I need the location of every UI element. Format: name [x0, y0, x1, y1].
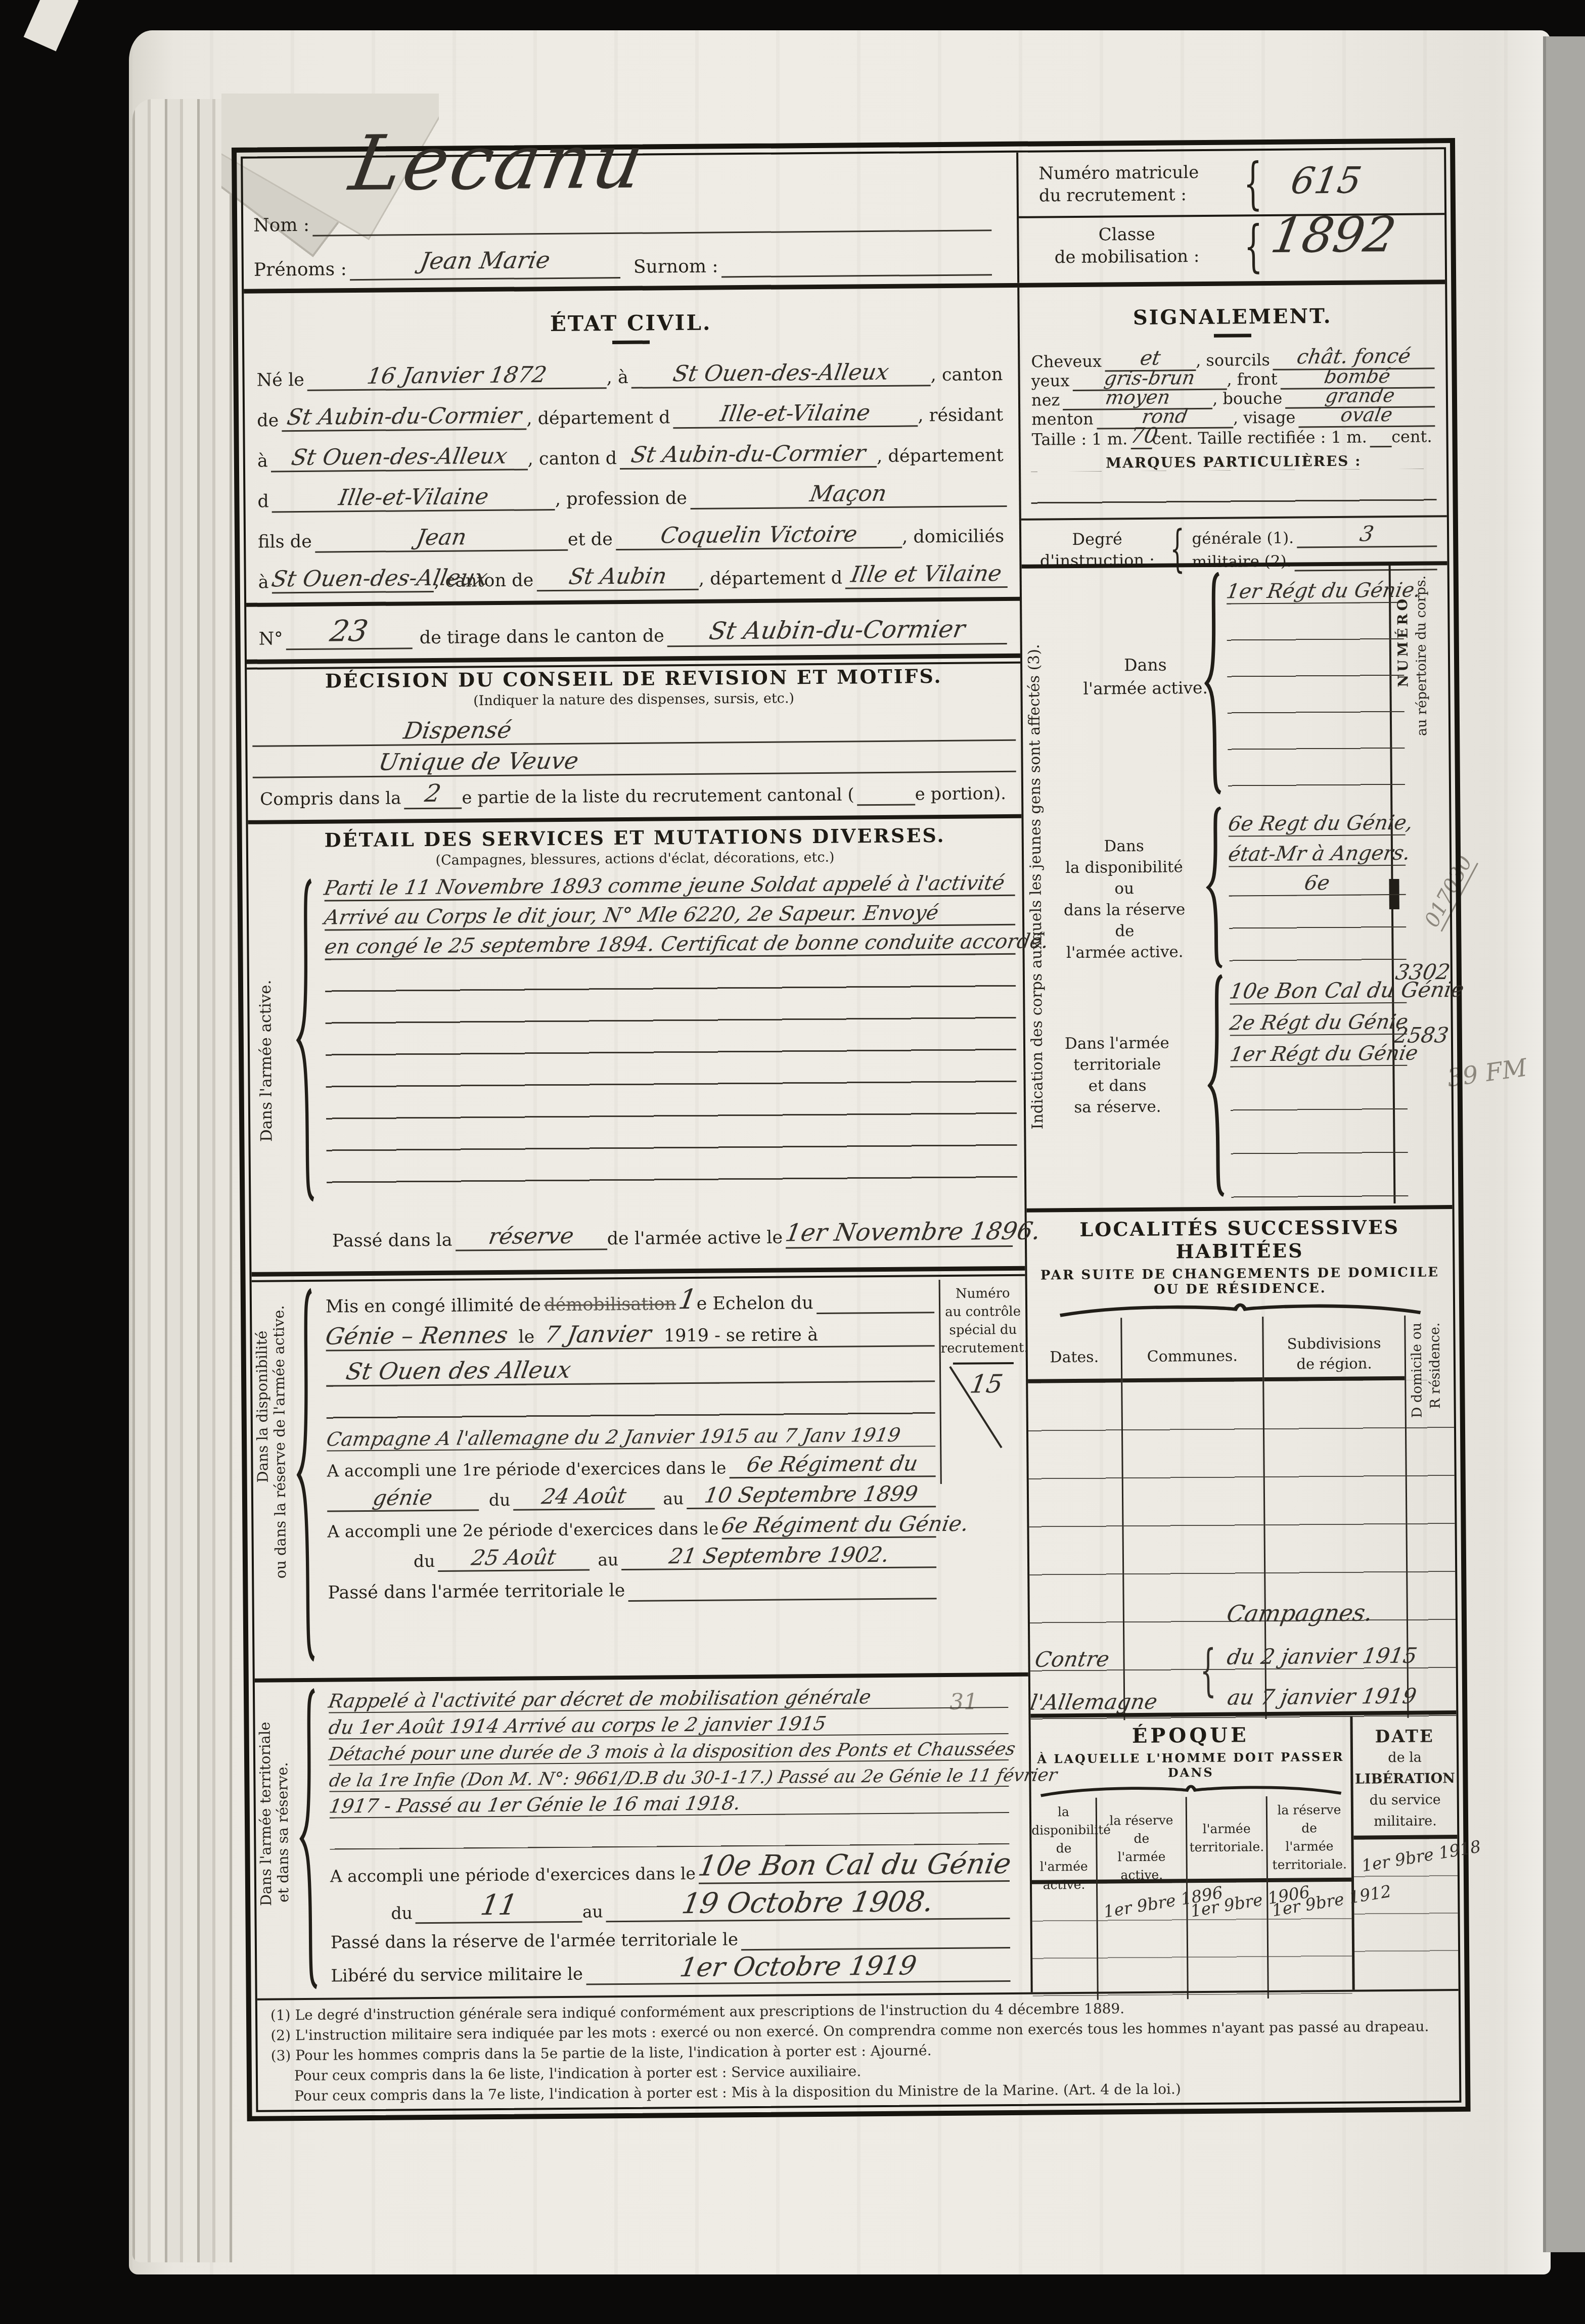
- adjacent-page-edge: [1543, 36, 1585, 2252]
- campagne-contre: Contre: [1033, 1646, 1111, 1671]
- birth-date: 16 Janvier 1872: [365, 362, 549, 389]
- controle-special-box: Numéro au contrôle spécial du recrutemen…: [939, 1279, 1027, 1484]
- section-disponibilite: Dans la disponibilité ou dans la réserve…: [252, 1279, 1028, 1675]
- footnotes: (1) Le degré d'instruction générale sera…: [257, 1989, 1460, 2106]
- campagne-allemagne-note: Campagne A l'allemagne du 2 Janvier 1915…: [325, 1424, 902, 1451]
- services-subtitle: (Campagnes, blessures, actions d'éclat, …: [248, 848, 1022, 870]
- detache-ponts-3: 1917 - Passé au 1er Génie le 16 mai 1918…: [328, 1792, 742, 1817]
- classe-value: 1892: [1267, 206, 1400, 264]
- book-page-edges: [132, 99, 233, 2262]
- epoque-subtitle: À LAQUELLE L'HOMME DOIT PASSER DANS: [1031, 1749, 1350, 1781]
- section-territoriale: Dans l'armée territoriale et dans sa rés…: [255, 1681, 1031, 1997]
- birth-departement: Ille-et-Vilaine: [718, 400, 872, 427]
- campagne-allemagne: l'Allemagne: [1028, 1689, 1159, 1715]
- epoque-col2: la réservedel'armée active.: [1097, 1797, 1186, 1883]
- epoque-col1: ladisponibilité del'armée active.: [1031, 1798, 1096, 1884]
- surnom-line: [721, 243, 992, 277]
- col-subdivisions: Subdivisionsde région.: [1263, 1316, 1405, 1381]
- section-localites: LOCALITÉS SUCCESSIVES HABITÉES PAR SUITE…: [1027, 1210, 1457, 1712]
- periode2-regiment: 6e Régiment du Génie.: [719, 1511, 970, 1538]
- form-header: Lecanu Nom : Prénoms : Jean Marie Surnom…: [243, 149, 1445, 294]
- nom-label: Nom :: [253, 215, 312, 237]
- localites-overbrace: [1058, 1298, 1422, 1319]
- terr-side-label-2: et dans sa réserve.: [274, 1762, 292, 1902]
- terr-brace: [298, 1688, 319, 1989]
- ne-le-label: Né le: [256, 370, 307, 392]
- matricule-form: Lecanu Nom : Prénoms : Jean Marie Surnom…: [232, 138, 1471, 2121]
- tirage-number: 23: [328, 614, 371, 648]
- section-corps: Indication des corps auxquels les jeunes…: [1022, 565, 1453, 1206]
- epoque-liberation-date: 1er 9bre 1918: [1360, 1836, 1482, 1876]
- periode2-fin: 21 Septembre 1902.: [667, 1542, 891, 1568]
- services-side-label: Dans l'armée active.: [256, 980, 276, 1142]
- corps-disponibilite: Dansla disponibilité oudans la réserve d…: [1054, 803, 1406, 972]
- matricule-brace: {: [1243, 151, 1262, 216]
- parents-commune: St Ouen-des-Alleux: [269, 565, 489, 592]
- passe-territoriale-line: [628, 1598, 937, 1602]
- periode-terr-debut: 11: [478, 1889, 520, 1922]
- right-column: SIGNALEMENT. Cheveux et , sourcils chât.…: [1019, 284, 1458, 1992]
- classe-label: Classede mobilisation :: [1054, 223, 1199, 268]
- corps-active: Dansl'armée active. 1er Régt du Génie.: [1052, 566, 1405, 806]
- services-empty-lines: [325, 955, 1018, 1213]
- parents-canton: St Aubin: [567, 563, 668, 590]
- page-corner-sliver: [24, 0, 79, 51]
- epoque-overbrace: [1039, 1781, 1342, 1798]
- decision-motif: Unique de Veuve: [377, 747, 580, 776]
- signalement-title: SIGNALEMENT.: [1020, 303, 1445, 331]
- tirage-no-label: N°: [258, 629, 286, 650]
- rappel-mobilisation-1: Rappelé à l'activité par décret de mobil…: [327, 1686, 873, 1712]
- tirage-row: N° 23 de tirage dans le canton de St Aub…: [258, 609, 1007, 650]
- section-services: DÉTAIL DES SERVICES ET MUTATIONS DIVERSE…: [248, 823, 1025, 1268]
- detache-ponts-1: Détaché pour une durée de 3 mois à la di…: [328, 1739, 1017, 1765]
- residence-departement: Ille-et-Vilaine: [337, 484, 490, 510]
- classe-brace: {: [1244, 214, 1263, 278]
- tirage-canton: St Aubin-du-Cormier: [707, 615, 967, 645]
- campagne-fin: au 7 janvier 1919: [1226, 1684, 1418, 1710]
- birth-commune: St Ouen-des-Alleux: [671, 359, 891, 387]
- services-line3: en congé le 25 septembre 1894. Certifica…: [323, 929, 1051, 958]
- corps-terr-unit1: 10e Bon Cal du Génie: [1228, 977, 1466, 1004]
- epoque-col4: la réservede l'arméeterritoriale.: [1267, 1796, 1351, 1882]
- left-column: ÉTAT CIVIL. Né le 16 Janvier 1872 , à St…: [244, 288, 1032, 1998]
- surname-handwritten: Lecanu: [344, 117, 652, 208]
- section-decision: DÉCISION DU CONSEIL DE REVISION ET MOTIF…: [247, 664, 1021, 817]
- struck-word: démobilisation: [544, 1294, 679, 1316]
- prenoms-label: Prénoms :: [254, 259, 350, 281]
- decision-subtitle: (Indiquer la nature des dispenses, sursi…: [247, 689, 1021, 711]
- dispo-side-label-2: ou dans la réserve de l'armée active.: [270, 1305, 289, 1578]
- matricule-value: 615: [1288, 159, 1365, 202]
- campagnes-title-hw: Campagnes.: [1225, 1599, 1375, 1627]
- nom-line: [312, 201, 992, 237]
- taille-value: 70: [1128, 423, 1160, 448]
- liberation-date: 1er Octobre 1919: [677, 1950, 919, 1983]
- instruction-generale: 3: [1358, 521, 1376, 546]
- identity-block: Lecanu Nom : Prénoms : Jean Marie Surnom…: [243, 153, 1017, 289]
- profession: Maçon: [808, 481, 888, 507]
- corps-territoriale: Dans l'arméeterritoriale et danssa réser…: [1055, 970, 1408, 1206]
- mother-name: Coquelin Victoire: [659, 521, 859, 548]
- liste-partie: 2: [423, 779, 443, 808]
- congé-date: 7 Janvier: [543, 1320, 653, 1349]
- corps-dispo-em: état-Mr à Angers.: [1227, 842, 1412, 866]
- corps-terr-unit2: 2e Régt du Génie: [1228, 1010, 1410, 1035]
- periode1-debut: 24 Août: [540, 1483, 628, 1509]
- col-communes: Communes.: [1122, 1317, 1262, 1382]
- corps-rotated-label: Indication des corps auxquels les jeunes…: [1025, 583, 1047, 1190]
- parents-departement: Ille et Vilaine: [849, 561, 1004, 587]
- services-line1: Parti le 11 Novembre 1893 comme jeune So…: [323, 871, 1007, 900]
- father-name: Jean: [414, 524, 468, 550]
- epoque-date-col: DATE de la LIBÉRATION du service militai…: [1350, 1715, 1458, 1990]
- terr-side-label-1: Dans l'armée territoriale: [256, 1722, 275, 1906]
- services-line2: Arrivé au Corps le dit jour, N° Mle 6220…: [323, 901, 940, 929]
- dispo-empty-line: [326, 1382, 935, 1420]
- dispo-side-label-1: Dans la disponibilité: [253, 1330, 271, 1482]
- birth-canton: St Aubin-du-Cormier: [285, 402, 523, 430]
- rappel-mobilisation-2: du 1er Août 1914 Arrivé au corps le 2 ja…: [327, 1712, 828, 1739]
- localites-subtitle: PAR SUITE DE CHANGEMENTS DE DOMICILE OU …: [1027, 1265, 1453, 1298]
- detache-ponts-2: de la 1re Infie (Don M. N°: 9661/D.B du …: [328, 1765, 1059, 1791]
- form-main: ÉTAT CIVIL. Né le 16 Janvier 1872 , à St…: [244, 284, 1458, 1998]
- controle-special-number: 15: [968, 1369, 1005, 1399]
- periode-terr-fin: 19 Octobre 1908.: [680, 1885, 936, 1920]
- passe-reserve-value: réserve: [486, 1223, 575, 1249]
- residence-canton: St Aubin-du-Cormier: [629, 440, 867, 468]
- corps-active-unit: 1er Régt du Génie.: [1225, 579, 1423, 603]
- surnom-label: Surnom :: [620, 256, 721, 278]
- periode1-regiment: 6e Régiment du: [745, 1451, 920, 1477]
- dispo-brace: [295, 1288, 316, 1662]
- localites-table: Dates. Communes. Subdivisionsde région.: [1027, 1315, 1456, 1721]
- col-dates: Dates.: [1027, 1318, 1121, 1383]
- epoque-title: ÉPOQUE: [1031, 1723, 1350, 1749]
- services-brace: [295, 878, 315, 1202]
- periode-terr-regiment: 10e Bon Cal du Génie: [696, 1847, 1014, 1883]
- matricule-label: Numéro matriculedu recrutement :: [1038, 161, 1199, 207]
- matricule-block: Numéro matriculedu recrutement : { 615 C…: [1016, 149, 1445, 283]
- epoque-col3: l'arméeterritoriale.: [1187, 1796, 1266, 1883]
- passe-reserve-row: Passé dans la réserve de l'armée active …: [332, 1216, 1013, 1252]
- prenoms-value: Jean Marie: [418, 246, 552, 274]
- services-title: DÉTAIL DES SERVICES ET MUTATIONS DIVERSE…: [248, 823, 1022, 852]
- retire-location: St Ouen des Alleux: [344, 1356, 573, 1385]
- terr-empty-line: [330, 1813, 1009, 1850]
- localites-title: LOCALITÉS SUCCESSIVES HABITÉES: [1027, 1215, 1453, 1264]
- corps-dispo-unit: 6e Regt du Génie,: [1227, 811, 1415, 836]
- etat-civil-title: ÉTAT CIVIL.: [244, 308, 1018, 339]
- congé-unit: Génie – Rennes: [324, 1321, 510, 1350]
- visage-value: ovale: [1339, 403, 1394, 426]
- marques-empty-lines: [1031, 469, 1436, 504]
- section-etat-civil: ÉTAT CIVIL. Né le 16 Janvier 1872 , à St…: [244, 288, 1020, 602]
- passe-reserve-date: 1er Novembre 1896.: [783, 1217, 1043, 1247]
- section-signalement: SIGNALEMENT. Cheveux et , sourcils chât.…: [1019, 284, 1447, 564]
- decision-dispense: Dispensé: [402, 716, 514, 745]
- residence-commune: St Ouen-des-Alleux: [289, 443, 509, 471]
- periode1-fin: 10 Septembre 1899: [703, 1481, 920, 1507]
- section-epoque: ÉPOQUE À LAQUELLE L'HOMME DOIT PASSER DA…: [1030, 1715, 1458, 1992]
- periode2-debut: 25 Août: [470, 1545, 558, 1570]
- echelon-number: 1: [676, 1283, 699, 1315]
- campagne-debut: du 2 janvier 1915: [1225, 1643, 1419, 1669]
- corps-terr-unit3: 1er Régt du Génie: [1228, 1042, 1420, 1066]
